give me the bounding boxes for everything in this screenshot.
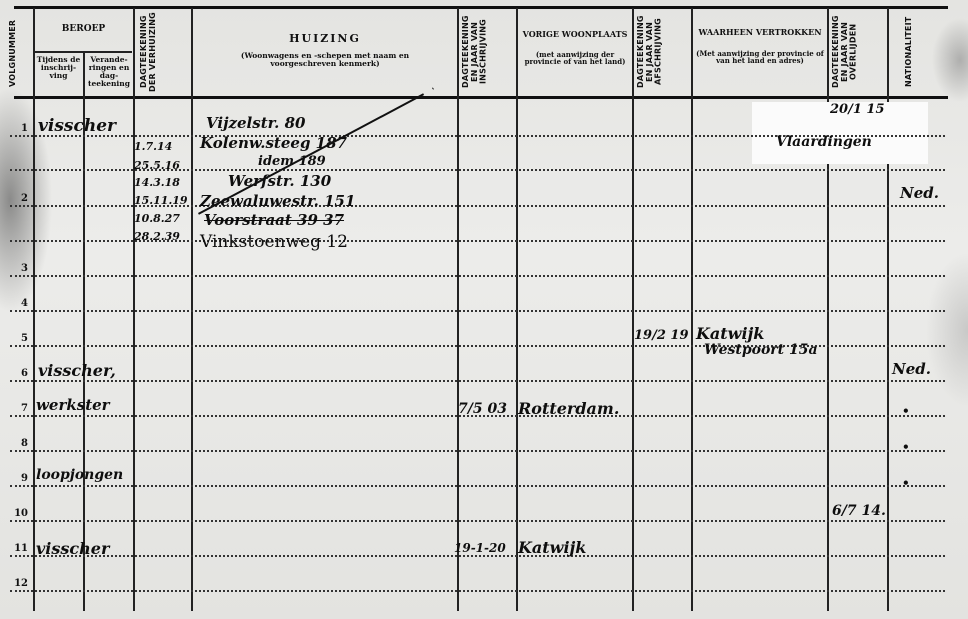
header-rule: [14, 96, 948, 99]
header-vorige-woonplaats: VORIGE WOONPLAATS: [522, 30, 628, 38]
header-beroep-veranderingen: Verande- ringen en dag- teekening: [85, 56, 133, 88]
row-line: [10, 380, 945, 382]
row1-beroep: visscher: [38, 116, 116, 136]
header-dagteekening-inschrijving: DAGTEEKENING EN JAAR VAN INSCHRIJVING: [462, 10, 512, 94]
header-waarheen-sub: (Met aanwijzing der provincie of van het…: [696, 50, 824, 65]
row-line: [10, 590, 945, 592]
row-line: [10, 555, 945, 557]
row1-overlijden: 20/1 15: [830, 102, 885, 117]
row11-vorige-woonplaats: Katwijk: [518, 538, 586, 557]
row6-nationaliteit: Ned.: [892, 360, 931, 378]
header-huizing: HUIZING: [200, 33, 450, 45]
row5-vertrokken-adres: Westpoort 15a: [704, 342, 818, 358]
header-nationaliteit: NATIONALITEIT: [905, 12, 927, 92]
row9-beroep: loopjongen: [36, 467, 123, 483]
row5-vertrokken: Katwijk: [696, 324, 764, 343]
row-number: 8: [6, 438, 28, 449]
row-number: 3: [6, 263, 28, 274]
row-number: 7: [6, 403, 28, 414]
header-volgnummer: VOLGNUMMER: [9, 14, 31, 92]
move-date: 10.8.27: [134, 212, 180, 225]
header-huizing-sub: (Woonwagens en -schepen met naam en voor…: [225, 52, 425, 68]
row10-overlijden: 6/7 14.: [832, 503, 886, 519]
header-waarheen-vertrokken: WAARHEEN VERTROKKEN: [696, 28, 824, 36]
ditto-mark: •: [902, 440, 910, 454]
address-struck: Voorstraat 39 37: [204, 211, 344, 229]
header-vorige-woonplaats-sub: (met aanwijzing der provincie of van het…: [522, 51, 628, 66]
row-number: 4: [6, 298, 28, 309]
row-number: 11: [6, 543, 28, 554]
move-date: 25.5.16: [134, 159, 180, 172]
row-line: [10, 520, 945, 522]
header-dagteekening-afschrijving: DAGTEEKENING EN JAAR VAN AFSCHRIJVING: [637, 10, 687, 94]
row1-vertrokken: Vlaardingen: [776, 134, 872, 150]
row7-inschrijving: 7/5 03: [458, 401, 507, 417]
row7-vorige-woonplaats: Rotterdam.: [518, 399, 619, 418]
row2-nationaliteit: Ned.: [900, 184, 939, 202]
address: Kolenw.steeg 187: [200, 134, 347, 152]
address: Vijzelstr. 80: [206, 114, 305, 132]
header-beroep: BEROEP: [34, 25, 133, 34]
move-date: 15.11.19: [134, 194, 188, 207]
row11-inschrijving: 19-1-20: [454, 541, 506, 555]
header-beroep-tijdens: Tijdens de inschrij- ving: [35, 56, 82, 80]
row6-beroep: visscher,: [38, 361, 116, 380]
row11-beroep: visscher: [36, 539, 109, 558]
row5-afschrijving: 19/2 19: [634, 328, 689, 343]
top-rule: [14, 6, 948, 9]
move-date: 14.3.18: [134, 176, 180, 189]
row-number: 12: [6, 578, 28, 589]
strike-stroke: [432, 87, 434, 89]
address: Vinkstoenweg 12: [200, 232, 348, 252]
header-dagteekening-verhuizing: DAGTEEKENING DER VERHUIZING: [140, 12, 185, 92]
row-number: 1: [6, 123, 28, 134]
row-number: 5: [6, 333, 28, 344]
row-line: [10, 450, 945, 452]
row-line: [10, 275, 945, 277]
row-number: 2: [6, 193, 28, 204]
register-card: VOLGNUMMER BEROEP Tijdens de inschrij- v…: [0, 0, 968, 619]
ditto-mark: •: [902, 476, 910, 490]
row7-beroep: werkster: [36, 396, 110, 414]
row-number: 9: [6, 473, 28, 484]
row-line: [10, 310, 945, 312]
address: idem 189: [258, 154, 326, 169]
header-dagteekening-overlijden: DAGTEEKENING EN JAAR VAN OVERLIJDEN: [832, 10, 882, 94]
move-date: 28.2.39: [134, 230, 180, 243]
row-number: 10: [6, 508, 28, 519]
move-date: 1.7.14: [134, 140, 172, 153]
ditto-mark: •: [902, 404, 910, 418]
row-line: [10, 485, 945, 487]
row-number: 6: [6, 368, 28, 379]
